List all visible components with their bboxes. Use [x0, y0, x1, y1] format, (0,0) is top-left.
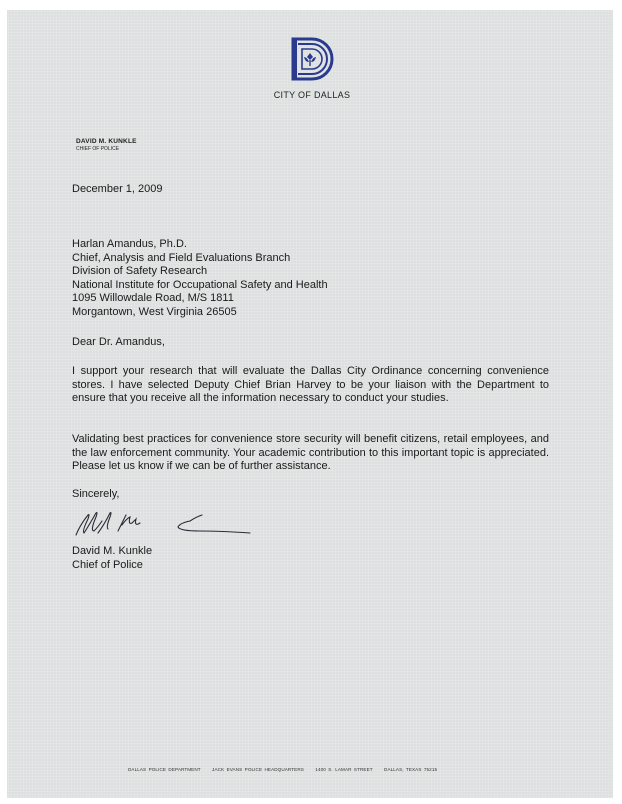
footer-item: JACK EVANS POLICE HEADQUARTERS [212, 767, 304, 772]
letter-date: December 1, 2009 [72, 183, 163, 197]
signature-icon [70, 503, 270, 541]
address-line: 1095 Willowdale Road, M/S 1811 [72, 292, 328, 306]
signer-name: David M. Kunkle [72, 545, 152, 559]
address-line: Chief, Analysis and Field Evaluations Br… [72, 252, 328, 266]
salutation: Dear Dr. Amandus, [72, 336, 165, 350]
address-line: Division of Safety Research [72, 265, 328, 279]
city-name: CITY OF DALLAS [262, 90, 362, 100]
address-line: Harlan Amandus, Ph.D. [72, 238, 328, 252]
sender-title: CHIEF OF POLICE [76, 146, 137, 152]
body-paragraph: Validating best practices for convenienc… [72, 433, 549, 474]
city-of-dallas-logo-icon [290, 36, 334, 82]
address-line: Morgantown, West Virginia 26505 [72, 306, 328, 320]
body-paragraph: I support your research that will evalua… [72, 365, 549, 406]
address-line: National Institute for Occupational Safe… [72, 279, 328, 293]
footer-item: DALLAS, TEXAS 75215 [384, 767, 437, 772]
valediction: Sincerely, [72, 488, 119, 502]
signer-title: Chief of Police [72, 559, 143, 573]
sender-name: DAVID M. KUNKLE [76, 138, 137, 145]
letterhead-footer: DALLAS POLICE DEPARTMENT JACK EVANS POLI… [128, 767, 508, 772]
recipient-address: Harlan Amandus, Ph.D. Chief, Analysis an… [72, 238, 328, 319]
sender-block: DAVID M. KUNKLE CHIEF OF POLICE [76, 138, 137, 152]
footer-item: 1400 S. LAMAR STREET [315, 767, 372, 772]
footer-item: DALLAS POLICE DEPARTMENT [128, 767, 201, 772]
